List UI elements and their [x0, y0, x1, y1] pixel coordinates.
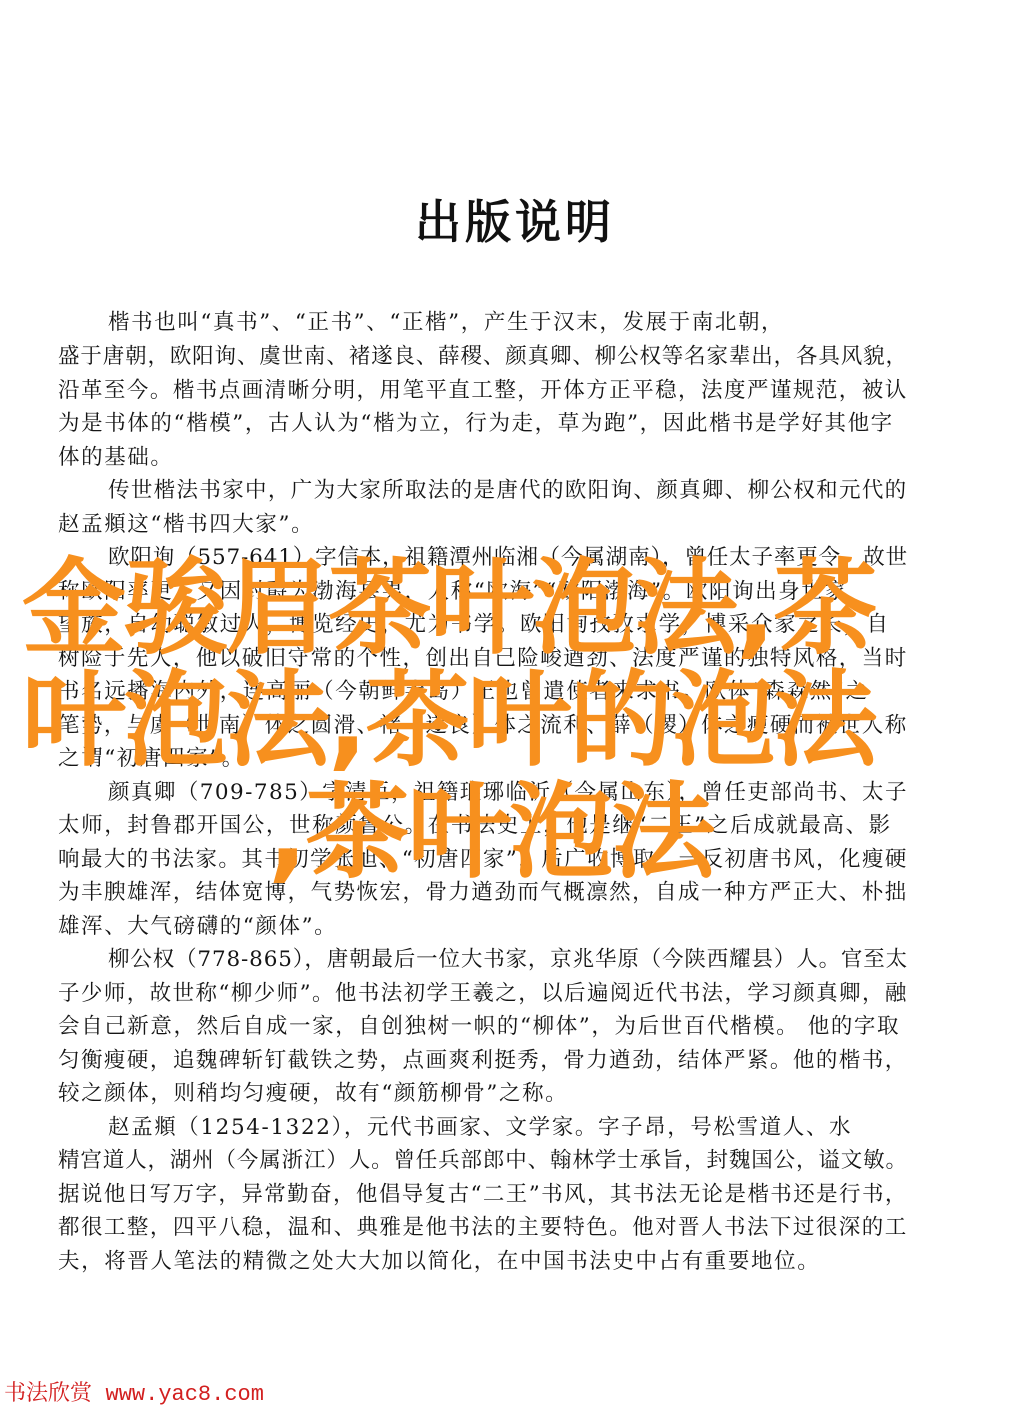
text-line: 匀衡瘦硬，追魏碑斩钉截铁之势，点画爽利挺秀，骨力遒劲，结体严紧。他的楷书，: [58, 1050, 908, 1072]
site-url-link[interactable]: www.yac8.com: [106, 1382, 264, 1407]
text-line: 沿革至今。楷书点画清晰分明，用笔平直工整，开体方正平稳，法度严谨规范，被认: [58, 380, 908, 402]
text-line: 柳公权（778-865），唐朝最后一位大书家，京兆华原（今陕西耀县）人。官至太: [108, 949, 908, 971]
overlay-text-line: 金骏眉茶叶泡法,茶: [22, 556, 876, 660]
text-line: 精宫道人，湖州（今属浙江）人。曾任兵部郎中、翰林学士承旨，封魏国公，谥文敏。: [58, 1150, 908, 1172]
text-line: 体的基础。: [58, 447, 908, 469]
text-line: 赵孟頫（1254-1322），元代书画家、文学家。字子昂，号松雪道人、水: [108, 1117, 908, 1139]
text-line: 据说他日写万字，异常勤奋，他倡导复古“二王”书风，其书法无论是楷书还是行书，: [58, 1184, 908, 1206]
text-line: 较之颜体，则稍均匀瘦硬，故有“颜筋柳骨”之称。: [58, 1083, 908, 1105]
footer-watermark: 书法欣赏 www.yac8.com: [4, 1376, 264, 1407]
text-line: 子少师，故世称“柳少师”。他书法初学王羲之，以后遍阅近代书法，学习颜真卿，融: [58, 983, 908, 1005]
overlay-text-line: ,茶叶泡法: [268, 780, 714, 884]
site-name: 书法欣赏: [4, 1381, 92, 1406]
text-line: 雄浑、大气磅礴的“颜体”。: [58, 916, 908, 938]
text-line: 楷书也叫“真书”、“正书”、“正楷”，产生于汉末，发展于南北朝，: [108, 312, 908, 334]
text-line: 为是书体的“楷模”，古人认为“楷为立，行为走，草为跑”，因此楷书是学好其他字: [58, 413, 908, 435]
text-line: 赵孟頫这“楷书四大家”。: [58, 514, 908, 536]
overlay-text-line: 叶泡法,茶叶的泡法: [22, 668, 876, 772]
text-line: 夫，将晋人笔法的精微之处大大加以简化，在中国书法史中占有重要地位。: [58, 1251, 908, 1273]
text-line: 都很工整，四平八稳，温和、典雅是他书法的主要特色。他对晋人书法下过很深的工: [58, 1217, 908, 1239]
text-line: 传世楷法书家中，广为大家所取法的是唐代的欧阳询、颜真卿、柳公权和元代的: [108, 480, 908, 502]
text-line: 盛于唐朝，欧阳询、虞世南、褚遂良、薛稷、颜真卿、柳公权等名家辈出，各具风貌，: [58, 346, 908, 368]
document-page: 出版说明 楷书也叫“真书”、“正书”、“正楷”，产生于汉末，发展于南北朝，盛于唐…: [0, 0, 1030, 1416]
page-title: 出版说明: [0, 186, 1030, 252]
text-line: 会自己新意，然后自成一家，自创独树一帜的“柳体”，为后世百代楷模。 他的字取: [58, 1016, 908, 1038]
